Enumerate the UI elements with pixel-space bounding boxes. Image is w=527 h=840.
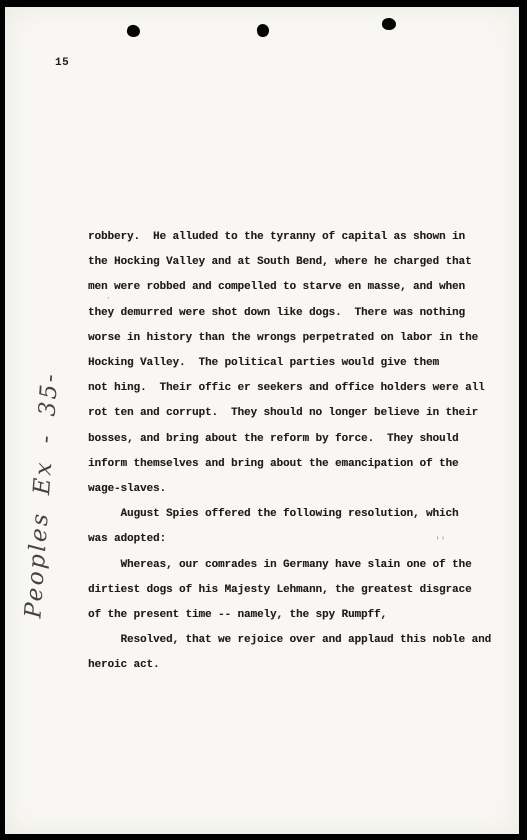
text-line: the Hocking Valley and at South Bend, wh…: [88, 250, 508, 275]
ink-dot: [126, 24, 141, 38]
text-line: rot ten and corrupt. They should no long…: [88, 401, 508, 426]
text-line: robbery. He alluded to the tyranny of ca…: [88, 225, 508, 250]
text-line: men were robbed and compelled to starve …: [88, 275, 508, 300]
text-line: they demurred were shot down like dogs. …: [88, 301, 508, 326]
text-line: Whereas, our comrades in Germany have sl…: [88, 553, 508, 578]
text-line: heroic act.: [88, 653, 508, 678]
text-line: bosses, and bring about the reform by fo…: [88, 427, 508, 452]
typewritten-text: robbery. He alluded to the tyranny of ca…: [88, 225, 508, 679]
scan-speck: ·: [106, 295, 111, 303]
ink-dot: [256, 23, 270, 38]
text-line: dirtiest dogs of his Majesty Lehmann, th…: [88, 578, 508, 603]
ink-dot: [382, 17, 397, 30]
text-line: Resolved, that we rejoice over and appla…: [88, 628, 508, 653]
scan-speck: '': [435, 537, 446, 545]
page-number: 15: [55, 57, 69, 69]
handwritten-exhibit-annotation: Peoples Ex - 35-: [20, 371, 63, 619]
text-line: not hing. Their offic er seekers and off…: [88, 376, 508, 401]
paper-surface: 15 Peoples Ex - 35- robbery. He alluded …: [5, 7, 519, 834]
text-line: August Spies offered the following resol…: [88, 502, 508, 527]
text-line: worse in history than the wrongs perpetr…: [88, 326, 508, 351]
text-line: Hocking Valley. The political parties wo…: [88, 351, 508, 376]
scanned-document-page: 15 Peoples Ex - 35- robbery. He alluded …: [0, 0, 527, 840]
text-line: inform themselves and bring about the em…: [88, 452, 508, 477]
text-line: of the present time -- namely, the spy R…: [88, 603, 508, 628]
text-line: wage-slaves.: [88, 477, 508, 502]
